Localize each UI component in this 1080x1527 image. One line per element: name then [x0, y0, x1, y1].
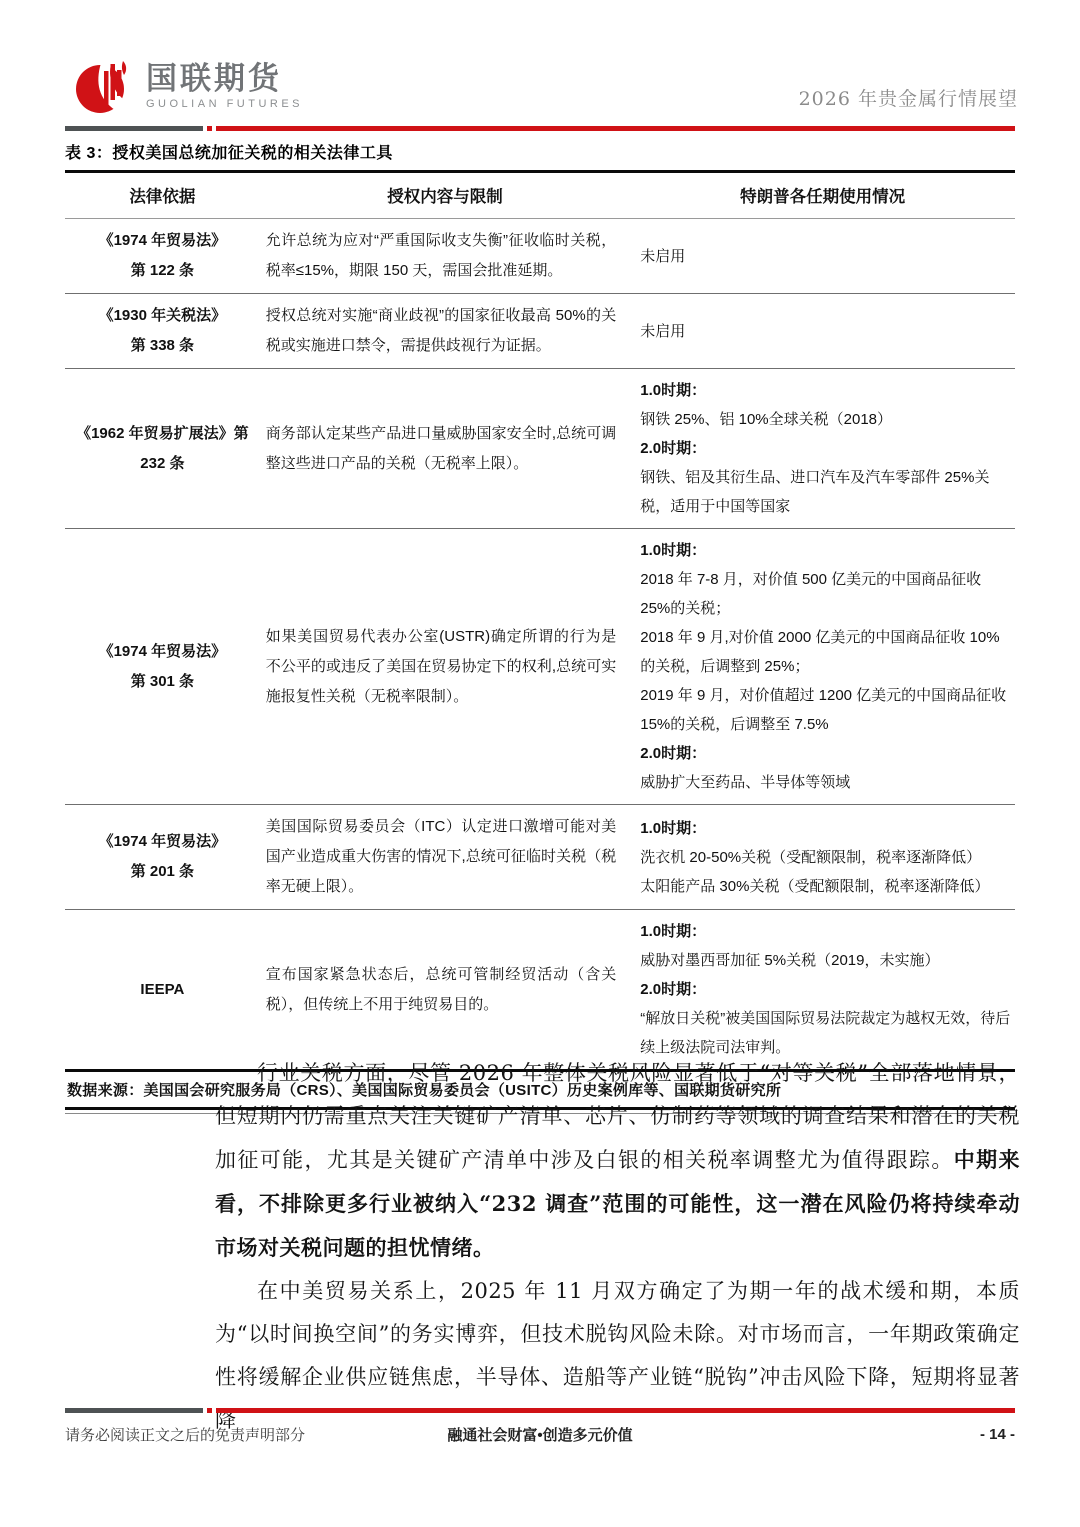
paragraph: 在中美贸易关系上，2025 年 11 月双方确定了为期一年的战术缓和期，本质为“… — [215, 1270, 1020, 1442]
footer-slogan: 融通社会财富•创造多元价值 — [65, 1424, 1015, 1445]
page-footer: 请务必阅读正文之后的免责声明部分 融通社会财富•创造多元价值 - 14 - — [65, 1424, 1015, 1445]
guolian-logo-icon — [74, 55, 136, 117]
footer-divider — [65, 1408, 1015, 1413]
page-number: - 14 - — [972, 1426, 1015, 1443]
law-cell: 《1962 年贸易扩展法》第232 条 — [65, 419, 260, 479]
divider-red-segment — [216, 1408, 1015, 1413]
table-row: 《1974 年贸易法》第 301 条如果美国贸易代表办公室(USTR)确定所谓的… — [65, 529, 1015, 805]
body-paragraphs: 行业关税方面，尽管 2026 年整体关税风险显著低于“对等关税”全部落地情景，但… — [215, 1052, 1020, 1442]
usage-cell: 1.0时期：威胁对墨西哥加征 5%关税（2019，未实施）2.0时期：“解放日关… — [630, 917, 1015, 1062]
column-header-usage: 特朗普各任期使用情况 — [630, 183, 1015, 207]
report-header: 国联期货 GUOLIAN FUTURES 2026 年贵金属行情展望 — [74, 55, 1018, 117]
table-row: 《1974 年贸易法》第 122 条允许总统为应对“严重国际收支失衡”征收临时关… — [65, 219, 1015, 294]
table-row: 《1974 年贸易法》第 201 条美国国际贸易委员会（ITC）认定进口激增可能… — [65, 805, 1015, 910]
law-cell: 《1974 年贸易法》第 301 条 — [65, 637, 260, 697]
divider-dark-segment — [65, 1408, 203, 1413]
usage-cell: 未启用 — [630, 242, 1015, 271]
law-cell: 《1930 年关税法》第 338 条 — [65, 301, 260, 361]
table-row: 《1930 年关税法》第 338 条授权总统对实施“商业歧视”的国家征收最高 5… — [65, 294, 1015, 369]
table-header-row: 法律依据 授权内容与限制 特朗普各任期使用情况 — [65, 173, 1015, 219]
logo-name-en: GUOLIAN FUTURES — [146, 98, 303, 110]
tariff-table: 法律依据 授权内容与限制 特朗普各任期使用情况 《1974 年贸易法》第 122… — [65, 170, 1015, 1114]
authorization-cell: 宣布国家紧急状态后，总统可管制经贸活动（含关税），但传统上不用于纯贸易目的。 — [260, 960, 631, 1020]
authorization-cell: 美国国际贸易委员会（ITC）认定进口激增可能对美国产业造成重大伤害的情况下,总统… — [260, 812, 631, 902]
table-row: 《1962 年贸易扩展法》第232 条商务部认定某些产品进口量威胁国家安全时,总… — [65, 369, 1015, 529]
logo-text: 国联期货 GUOLIAN FUTURES — [146, 62, 303, 110]
divider-red-segment — [216, 126, 1015, 131]
usage-cell: 未启用 — [630, 317, 1015, 346]
report-title: 2026 年贵金属行情展望 — [799, 84, 1018, 117]
column-header-authorization: 授权内容与限制 — [260, 183, 631, 207]
usage-cell: 1.0时期：洗衣机 20-50%关税（受配额限制，税率逐渐降低）太阳能产品 30… — [630, 814, 1015, 901]
authorization-cell: 授权总统对实施“商业歧视”的国家征收最高 50%的关税或实施进口禁令，需提供歧视… — [260, 301, 631, 361]
table-caption: 表 3：授权美国总统加征关税的相关法律工具 — [65, 140, 393, 163]
divider-dark-segment — [65, 126, 203, 131]
law-cell: 《1974 年贸易法》第 122 条 — [65, 226, 260, 286]
law-cell: 《1974 年贸易法》第 201 条 — [65, 827, 260, 887]
authorization-cell: 允许总统为应对“严重国际收支失衡”征收临时关税，税率≤15%，期限 150 天，… — [260, 226, 631, 286]
usage-cell: 1.0时期：钢铁 25%、铝 10%全球关税（2018）2.0时期：钢铁、铝及其… — [630, 376, 1015, 521]
header-divider — [65, 126, 1015, 131]
authorization-cell: 如果美国贸易代表办公室(USTR)确定所谓的行为是不公平的或违反了美国在贸易协定… — [260, 622, 631, 712]
report-page: 国联期货 GUOLIAN FUTURES 2026 年贵金属行情展望 表 3：授… — [0, 0, 1080, 1527]
column-header-law: 法律依据 — [65, 183, 260, 207]
law-cell: IEEPA — [65, 975, 260, 1005]
paragraph: 行业关税方面，尽管 2026 年整体关税风险显著低于“对等关税”全部落地情景，但… — [215, 1052, 1020, 1270]
logo-name-cn: 国联期货 — [146, 62, 303, 96]
authorization-cell: 商务部认定某些产品进口量威胁国家安全时,总统可调整这些进口产品的关税（无税率上限… — [260, 419, 631, 479]
table-row: IEEPA宣布国家紧急状态后，总统可管制经贸活动（含关税），但传统上不用于纯贸易… — [65, 910, 1015, 1069]
usage-cell: 1.0时期：2018 年 7-8 月，对价值 500 亿美元的中国商品征收 25… — [630, 536, 1015, 797]
tariff-table-body: 《1974 年贸易法》第 122 条允许总统为应对“严重国际收支失衡”征收临时关… — [65, 219, 1015, 1069]
logo: 国联期货 GUOLIAN FUTURES — [74, 55, 303, 117]
